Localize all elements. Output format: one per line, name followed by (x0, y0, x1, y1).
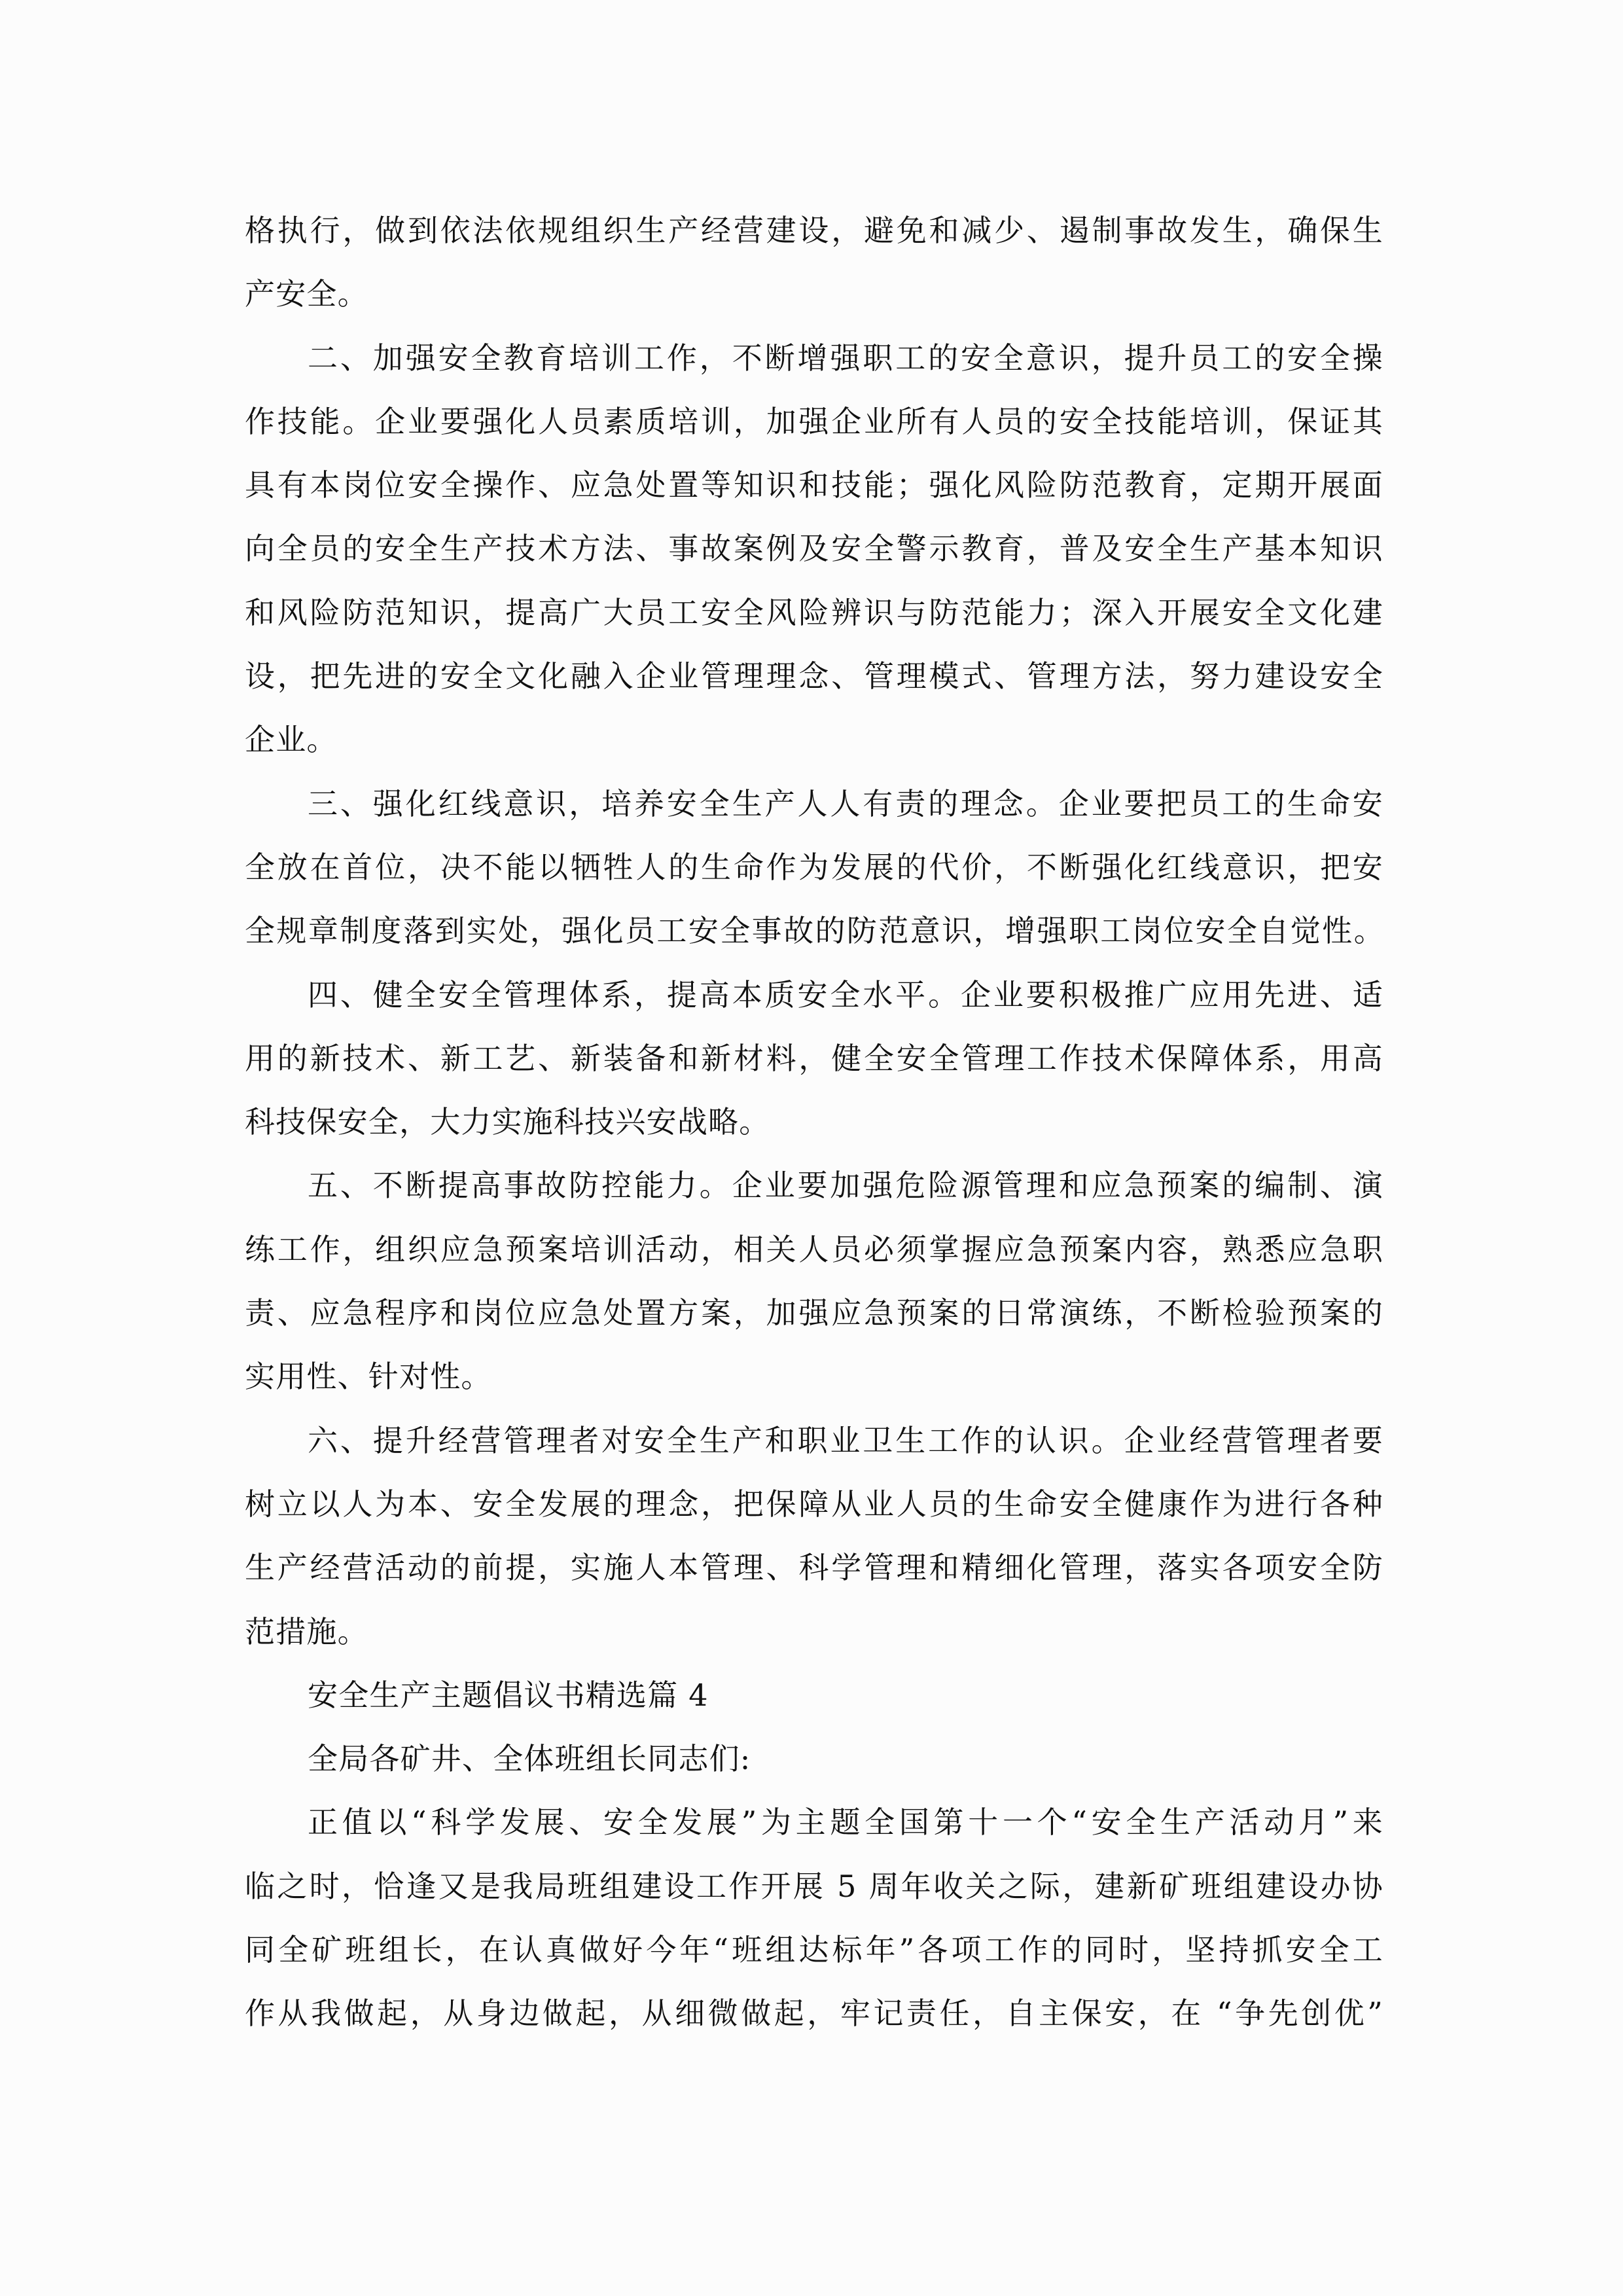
text-line: 四、健全安全管理体系，提高本质安全水平。企业要积极推广应用先进、适 (245, 963, 1383, 1027)
text-line: 企业。 (245, 708, 1383, 772)
paragraph-item-6: 六、提升经营管理者对安全生产和职业卫生工作的认识。企业经营管理者要 树立以人为本… (245, 1409, 1383, 1664)
text-line: 正值以“科学发展、安全发展”为主题全国第十一个“安全生产活动月”来 (245, 1791, 1383, 1854)
text-line: 具有本岗位安全操作、应急处置等知识和技能；强化风险防范教育，定期开展面 (245, 454, 1383, 517)
text-line: 同全矿班组长，在认真做好今年“班组达标年”各项工作的同时，坚持抓安全工 (245, 1918, 1383, 1982)
text-line: 生产经营活动的前提，实施人本管理、科学管理和精细化管理，落实各项安全防 (245, 1536, 1383, 1600)
text-line: 设，把先进的安全文化融入企业管理理念、管理模式、管理方法，努力建设安全 (245, 645, 1383, 708)
text-line: 练工作，组织应急预案培训活动，相关人员必须掌握应急预案内容，熟悉应急职 (245, 1218, 1383, 1282)
text-line: 实用性、针对性。 (245, 1345, 1383, 1408)
document-page: 格执行，做到依法依规组织生产经营建设，避免和减少、遏制事故发生，确保生 产安全。… (245, 199, 1383, 2046)
text-line: 责、应急程序和岗位应急处置方案，加强应急预案的日常演练，不断检验预案的 (245, 1282, 1383, 1345)
text-line: 临之时，恰逢又是我局班组建设工作开展 5 周年收关之际，建新矿班组建设办协 (245, 1855, 1383, 1918)
text-line: 向全员的安全生产技术方法、事故案例及安全警示教育，普及安全生产基本知识 (245, 517, 1383, 581)
paragraph-item-3: 三、强化红线意识，培养安全生产人人有责的理念。企业要把员工的生命安 全放在首位，… (245, 772, 1383, 963)
text-line: 产安全。 (245, 262, 1383, 326)
text-line: 和风险防范知识，提高广大员工安全风险辨识与防范能力；深入开展安全文化建 (245, 581, 1383, 645)
paragraph-body: 正值以“科学发展、安全发展”为主题全国第十一个“安全生产活动月”来 临之时，恰逢… (245, 1791, 1383, 2045)
text-line: 树立以人为本、安全发展的理念，把保障从业人员的生命安全健康作为进行各种 (245, 1473, 1383, 1536)
text-line: 格执行，做到依法依规组织生产经营建设，避免和减少、遏制事故发生，确保生 (245, 199, 1383, 262)
text-line: 用的新技术、新工艺、新装备和新材料，健全安全管理工作技术保障体系，用高 (245, 1027, 1383, 1090)
paragraph-item-2: 二、加强安全教育培训工作，不断增强职工的安全意识，提升员工的安全操 作技能。企业… (245, 327, 1383, 772)
text-line: 全放在首位，决不能以牺牲人的生命作为发展的代价，不断强化红线意识，把安 (245, 836, 1383, 899)
text-line: 科技保安全，大力实施科技兴安战略。 (245, 1090, 1383, 1154)
text-line: 全局各矿井、全体班组长同志们: (245, 1727, 1383, 1791)
paragraph-item-5: 五、不断提高事故防控能力。企业要加强危险源管理和应急预案的编制、演 练工作，组织… (245, 1154, 1383, 1408)
text-line: 范措施。 (245, 1600, 1383, 1664)
text-line: 全规章制度落到实处，强化员工安全事故的防范意识，增强职工岗位安全自觉性。 (245, 899, 1383, 963)
text-line: 六、提升经营管理者对安全生产和职业卫生工作的认识。企业经营管理者要 (245, 1409, 1383, 1473)
paragraph-item-4: 四、健全安全管理体系，提高本质安全水平。企业要积极推广应用先进、适 用的新技术、… (245, 963, 1383, 1155)
heading-text: 安全生产主题倡议书精选篇 4 (245, 1664, 1383, 1727)
text-line: 二、加强安全教育培训工作，不断增强职工的安全意识，提升员工的安全操 (245, 327, 1383, 390)
text-line: 三、强化红线意识，培养安全生产人人有责的理念。企业要把员工的生命安 (245, 772, 1383, 836)
text-line: 作从我做起，从身边做起，从细微做起，牢记责任，自主保安，在 “争先创优” (245, 1982, 1383, 2045)
salutation: 全局各矿井、全体班组长同志们: (245, 1727, 1383, 1791)
section-heading: 安全生产主题倡议书精选篇 4 (245, 1664, 1383, 1727)
paragraph-continuation: 格执行，做到依法依规组织生产经营建设，避免和减少、遏制事故发生，确保生 产安全。 (245, 199, 1383, 327)
text-line: 五、不断提高事故防控能力。企业要加强危险源管理和应急预案的编制、演 (245, 1154, 1383, 1217)
text-line: 作技能。企业要强化人员素质培训，加强企业所有人员的安全技能培训，保证其 (245, 390, 1383, 454)
